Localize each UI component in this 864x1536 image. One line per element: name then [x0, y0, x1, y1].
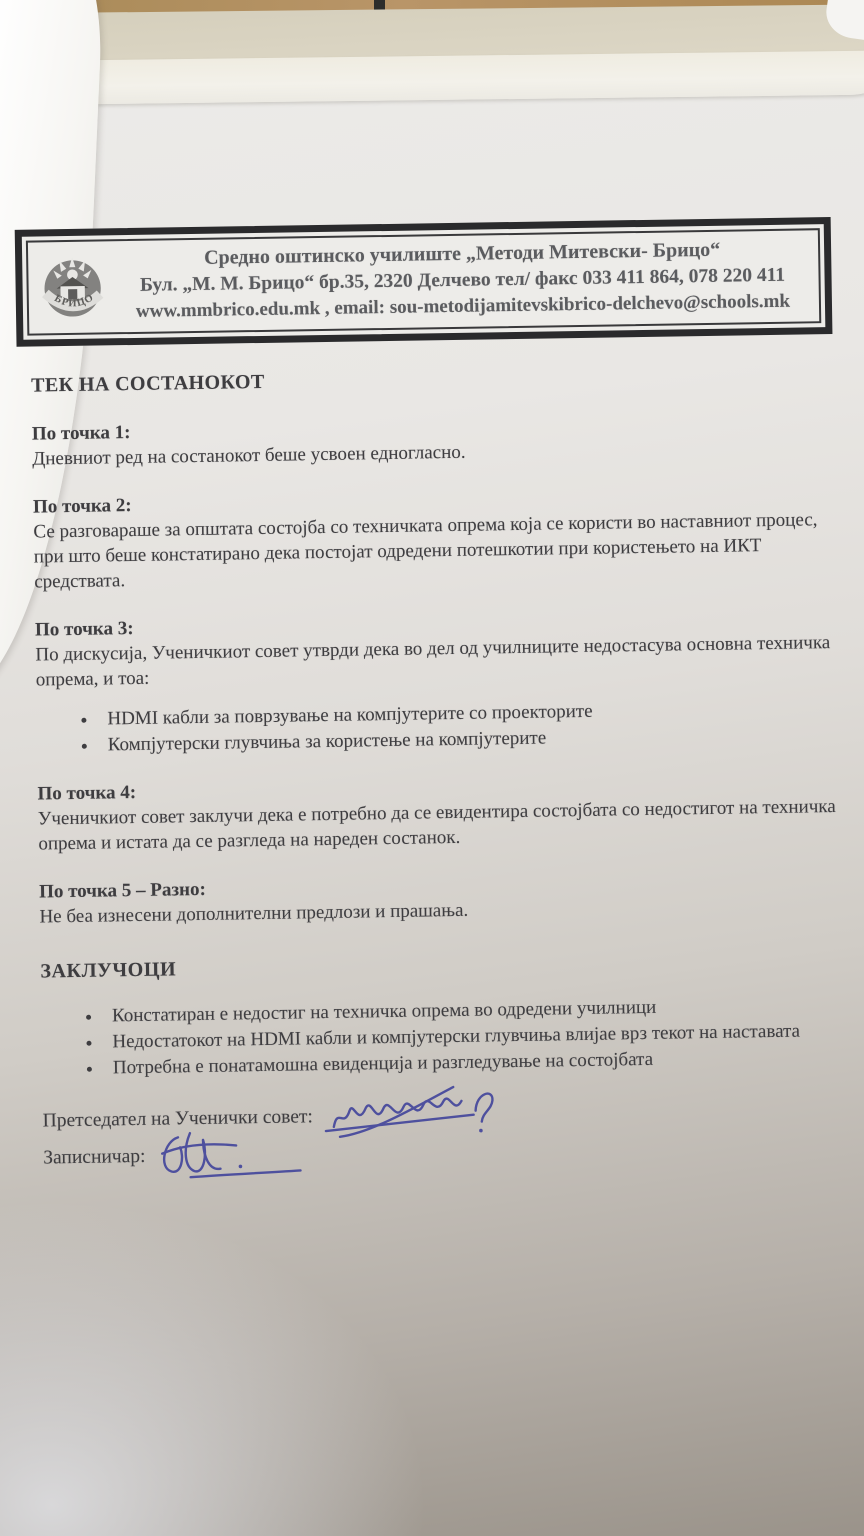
recorder-signature-label: Записничар:: [43, 1146, 146, 1169]
president-signature-handwriting: [321, 1078, 512, 1149]
section-point-3: По точка 3: По дискусија, Ученичкиот сов…: [35, 605, 835, 759]
letterhead-box: БРИЦО Средно оштинско училиште „Методи М…: [15, 217, 833, 347]
document-photo: БРИЦО Средно оштинско училиште „Методи М…: [0, 0, 864, 1536]
minutes-title: ТЕК НА СОСТАНОКОТ: [31, 361, 829, 399]
school-logo-emblem: БРИЦО: [34, 248, 111, 325]
section-point-1: По точка 1: Дневниот ред на состанокот б…: [32, 409, 831, 472]
section-body: Се разговараше за општата состојба со те…: [33, 507, 832, 595]
section-point-4: По точка 4: Ученичкиот совет заклучи дек…: [37, 769, 836, 857]
minutes-body: ТЕК НА СОСТАНОКОТ По точка 1: Дневниот р…: [0, 361, 864, 1171]
section-point-5: По точка 5 – Разно: Не беа изнесени допо…: [39, 867, 838, 930]
letterhead-text: Средно оштинско училиште „Методи Митевск…: [114, 235, 811, 325]
document-content: БРИЦО Средно оштинско училиште „Методи М…: [0, 0, 864, 1536]
conclusions-list: Констатиран е недостиг на техничка опрем…: [41, 992, 840, 1082]
conclusions-title: ЗАКЛУЧОЦИ: [40, 947, 838, 985]
missing-equipment-list: HDMI кабли за поврзување на компјутерите…: [36, 695, 835, 759]
recorder-signature-handwriting: [154, 1121, 320, 1186]
letterhead-inner-frame: БРИЦО Средно оштинско училиште „Методи М…: [26, 228, 821, 335]
section-point-2: По точка 2: Се разговараше за општата со…: [33, 482, 832, 595]
